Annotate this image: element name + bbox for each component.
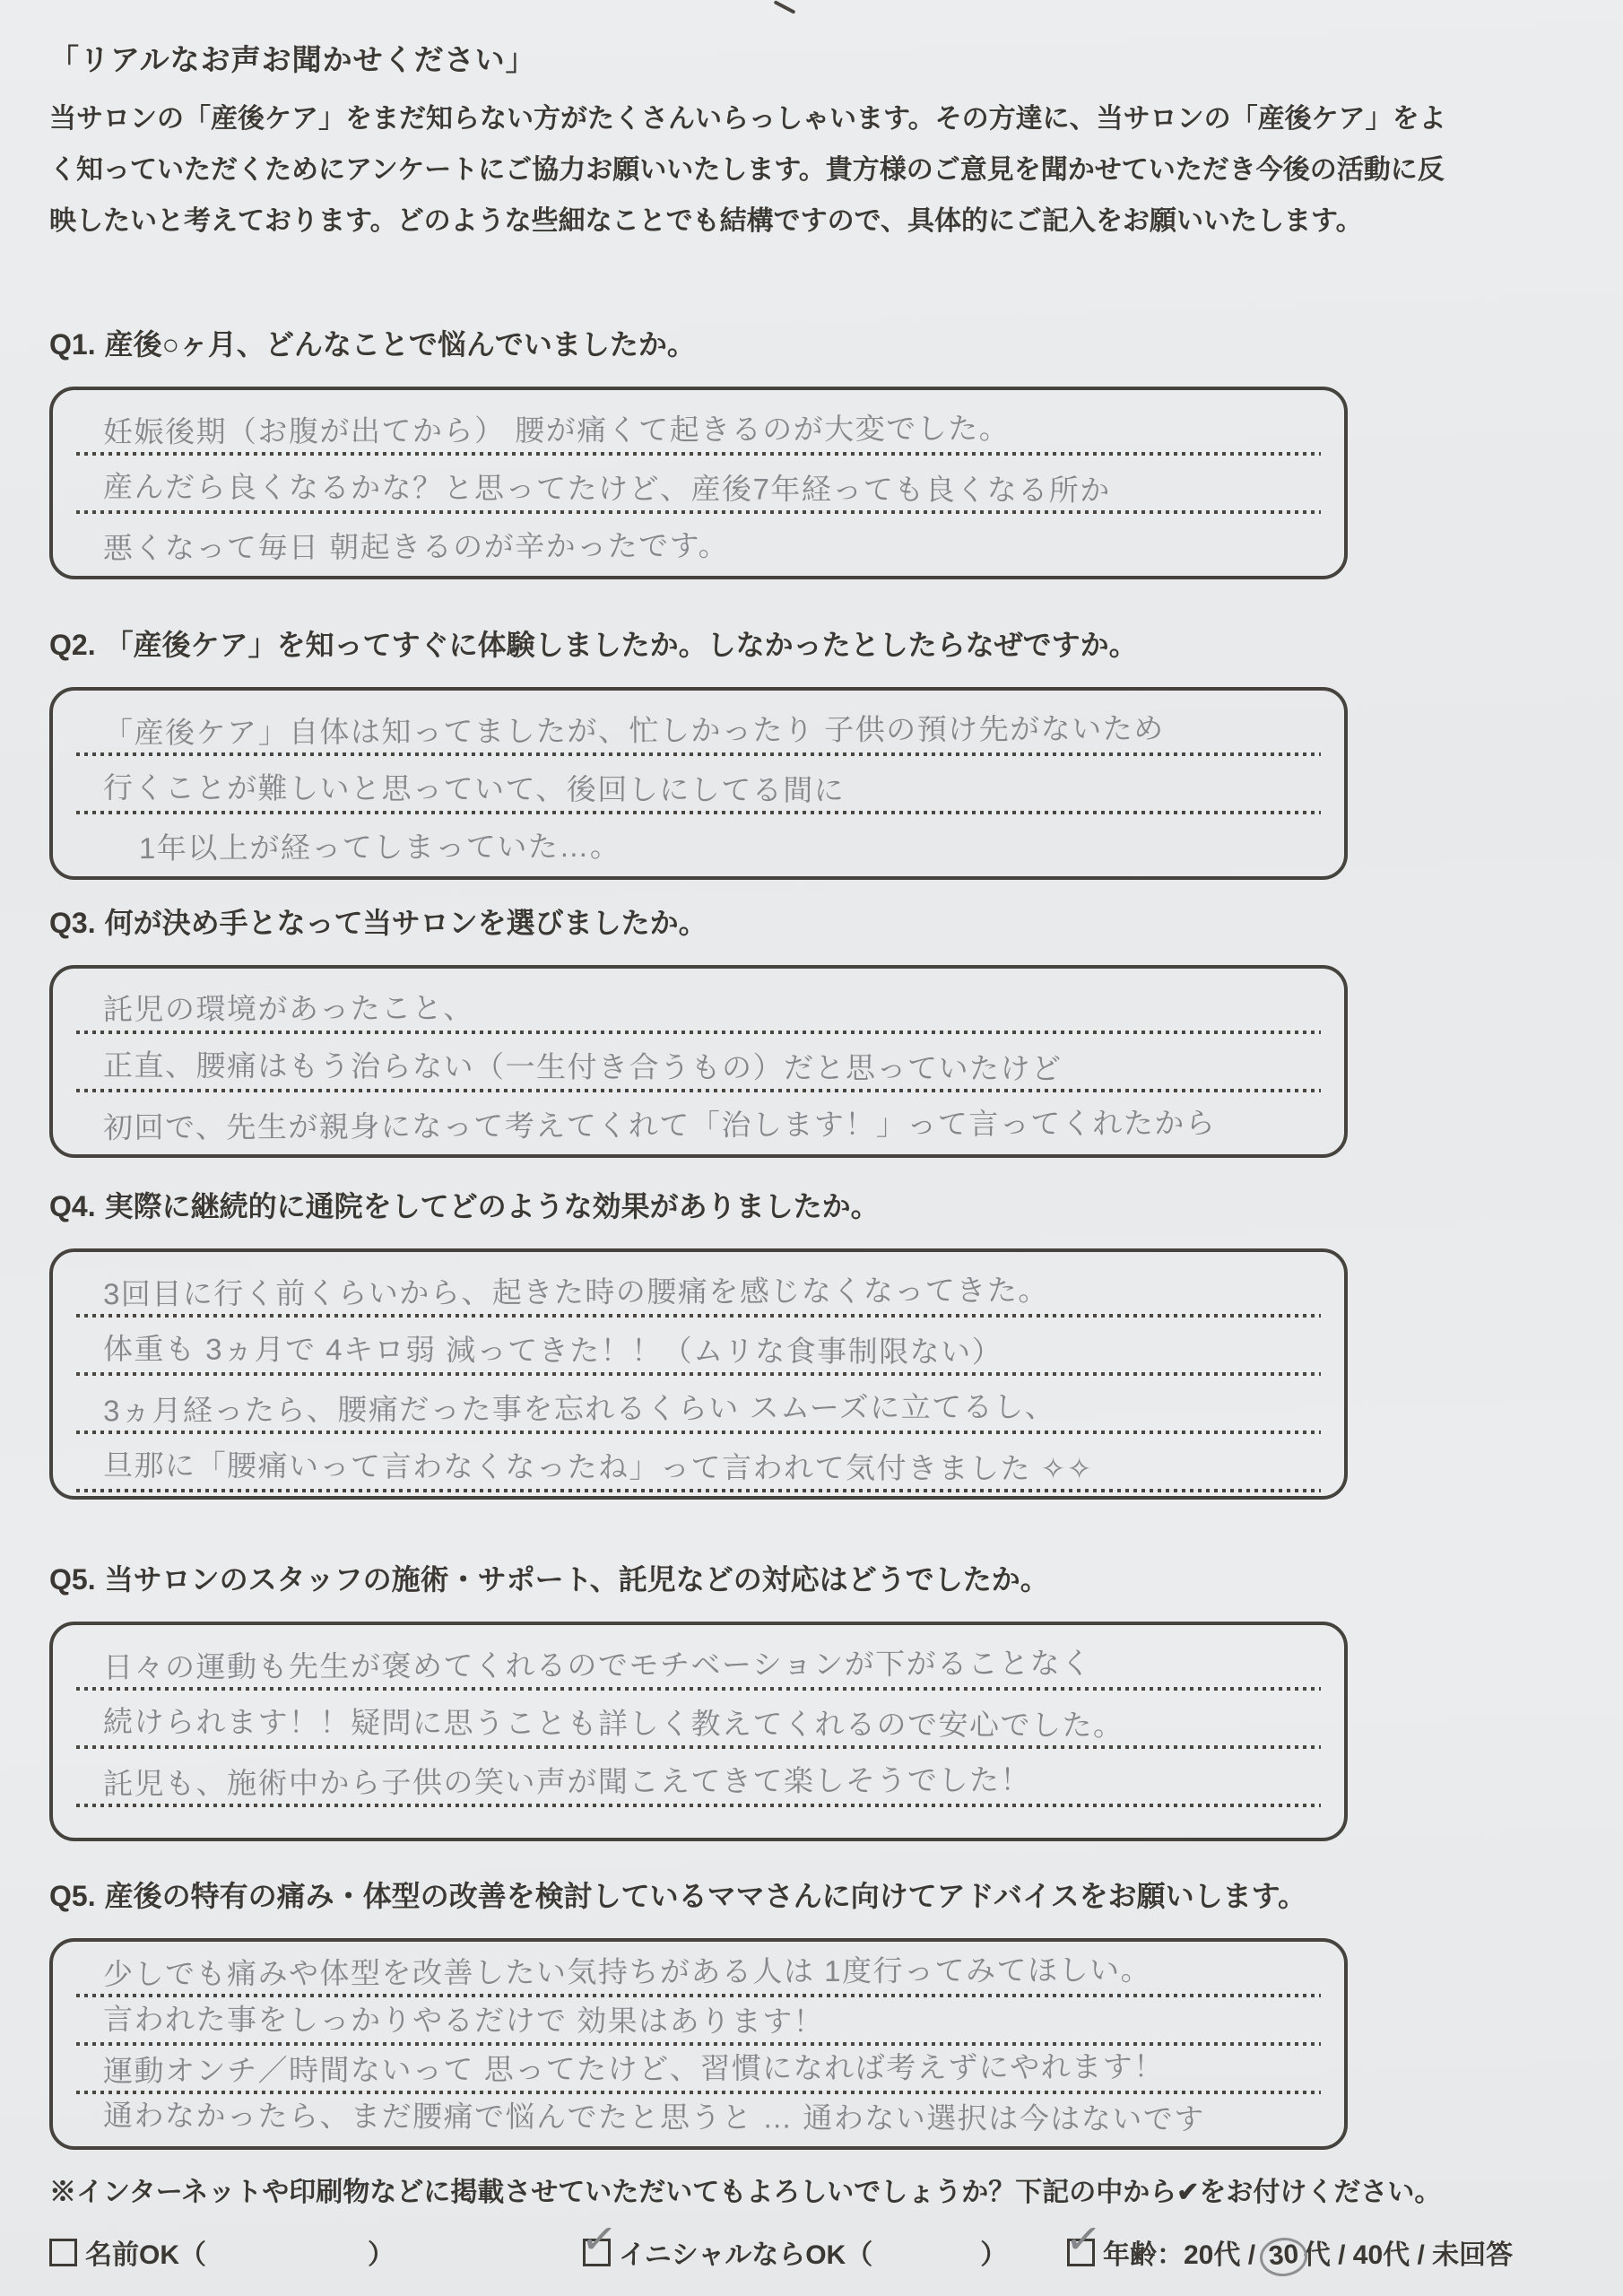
answer-line: 旦那に「腰痛いって言わなくなったね」って言われて気付きました ✧✧ xyxy=(65,1434,1332,1492)
handwritten-answer: 3回目に行く前くらいから、起きた時の腰痛を感じなくなってきた。 xyxy=(103,1267,1049,1314)
question-text: 当サロンのスタッフの施術・サポート、託児などの対応はどうでしたか。 xyxy=(105,1563,1049,1596)
answer-line: 続けられます！！疑問に思うことも詳しく教えてくれるので安心でした。 xyxy=(65,1691,1332,1749)
q6-answer-box: 少しでも痛みや体型を改善したい気持ちがある人は 1度行ってみてほしい。 言われた… xyxy=(49,1938,1348,2150)
answer-line: 少しでも痛みや体型を改善したい気持ちがある人は 1度行ってみてほしい。 xyxy=(65,1949,1332,1997)
question-text: 産後○ヶ月、どんなことで悩んでいましたか。 xyxy=(105,328,696,361)
question-number: Q2. xyxy=(49,629,96,661)
consent-age: 年齢：20代 / 30代 / 40代 / 未回答 xyxy=(1067,2232,1513,2276)
q3-answer-box: 託児の環境があったこと、 正直、腰痛はもう治らない（一生付き合うもの）だと思って… xyxy=(49,965,1348,1158)
answer-line: 運動オンチ／時間ないって 思ってたけど、習慣になれば考えずにやれます！ xyxy=(65,2046,1332,2094)
question-2-heading: Q2.「産後ケア」を知ってすぐに体験しましたか。しなかったとしたらなぜですか。 xyxy=(49,626,1574,664)
handwritten-answer: 言われた事をしっかりやるだけで 効果はあります！ xyxy=(103,1996,824,2041)
handwritten-answer: 産んだら良くなるかな？と思ってたけど、産後7年経っても良くなる所か xyxy=(103,464,1111,509)
handwritten-answer: 3ヵ月経ったら、腰痛だった事を忘れるくらい スムーズに立てるし、 xyxy=(103,1384,1055,1431)
q2-answer-box: 「産後ケア」自体は知ってましたが、忙しかったり 子供の預け先がないため 行くこと… xyxy=(49,687,1348,880)
handwritten-answer: 正直、腰痛はもう治らない（一生付き合うもの）だと思っていたけど xyxy=(103,1042,1063,1088)
initials-ok-checkbox xyxy=(583,2239,611,2266)
q5-answer-box: 日々の運動も先生が褒めてくれるのでモチベーションが下がることなく 続けられます！… xyxy=(49,1622,1348,1841)
question-number: Q1. xyxy=(49,328,96,361)
q4-answer-box: 3回目に行く前くらいから、起きた時の腰痛を感じなくなってきた。 体重も 3ヵ月で… xyxy=(49,1248,1348,1500)
handwritten-answer: 悪くなって毎日 朝起きるのが辛かったです。 xyxy=(103,522,729,567)
answer-line: 産んだら良くなるかな？と思ってたけど、産後7年経っても良くなる所か xyxy=(65,456,1332,514)
dotted-rule xyxy=(76,1804,1321,1807)
page-title: 「リアルなお声お聞かせください」 xyxy=(49,41,1574,79)
age-label-prefix: 年齢：20代 / xyxy=(1103,2240,1263,2270)
question-5-heading: Q5.当サロンのスタッフの施術・サポート、託児などの対応はどうでしたか。 xyxy=(49,1561,1574,1598)
handwritten-answer: 初回で、先生が親身になって考えてくれて「治します！」って言ってくれたから xyxy=(103,1100,1217,1146)
answer-line: 初回で、先生が親身になって考えてくれて「治します！」って言ってくれたから xyxy=(65,1092,1332,1151)
question-text: 何が決め手となって当サロンを選びましたか。 xyxy=(105,907,707,939)
intro-line: 当サロンの「産後ケア」をまだ知らない方がたくさんいらっしゃいます。その方達に、当… xyxy=(49,93,1574,144)
question-number: Q3. xyxy=(49,907,96,939)
age-checkbox xyxy=(1067,2239,1095,2266)
question-number: Q4. xyxy=(49,1190,96,1222)
handwritten-answer: 託児の環境があったこと、 xyxy=(103,985,474,1029)
q1-answer-box: 妊娠後期（お腹が出てから） 腰が痛くて起きるのが大変でした。 産んだら良くなるか… xyxy=(49,387,1348,579)
intro-line: く知っていただくためにアンケートにご協力お願いいたします。貴方様のご意見を聞かせ… xyxy=(49,144,1574,196)
pen-mark xyxy=(774,0,796,14)
answer-line: 正直、腰痛はもう治らない（一生付き合うもの）だと思っていたけど xyxy=(65,1034,1332,1092)
question-text: 実際に継続的に通院をしてどのような効果がありましたか。 xyxy=(105,1190,880,1222)
answer-line: 3回目に行く前くらいから、起きた時の腰痛を感じなくなってきた。 xyxy=(65,1259,1332,1318)
answer-line: 通わなかったら、まだ腰痛で悩んでたと思うと … 通わない選択は今はないです xyxy=(65,2094,1332,2143)
answer-line: 1年以上が経ってしまっていた…。 xyxy=(65,814,1332,873)
question-text: 「産後ケア」を知ってすぐに体験しましたか。しなかったとしたらなぜですか。 xyxy=(105,629,1138,661)
handwritten-answer: 体重も 3ヵ月で 4キロ弱 減ってきた！！（ムリな食事制限ない） xyxy=(103,1326,1002,1371)
question-3-section: Q3.何が決め手となって当サロンを選びましたか。 託児の環境があったこと、 正直… xyxy=(49,904,1574,1158)
answer-line: 悪くなって毎日 朝起きるのが辛かったです。 xyxy=(65,514,1332,572)
age-label-suffix: 代 / 40代 / 未回答 xyxy=(1304,2240,1513,2270)
question-4-section: Q4.実際に継続的に通院をしてどのような効果がありましたか。 3回目に行く前くら… xyxy=(49,1187,1574,1500)
question-6-section: Q5.産後の特有の痛み・体型の改善を検討しているママさんに向けてアドバイスをお願… xyxy=(49,1877,1574,2150)
question-4-heading: Q4.実際に継続的に通院をしてどのような効果がありましたか。 xyxy=(49,1187,1574,1225)
handwritten-answer: 託児も、施術中から子供の笑い声が聞こえてきて楽しそうでした！ xyxy=(103,1757,1031,1804)
answer-line: 託児も、施術中から子供の笑い声が聞こえてきて楽しそうでした！ xyxy=(65,1749,1332,1807)
consent-name-ok: 名前OK（ ） xyxy=(49,2232,395,2272)
handwritten-answer: 行くことが難しいと思っていて、後回しにしてる間に xyxy=(103,765,846,810)
question-6-heading: Q5.産後の特有の痛み・体型の改善を検討しているママさんに向けてアドバイスをお願… xyxy=(49,1877,1574,1915)
answer-line: 3ヵ月経ったら、腰痛だった事を忘れるくらい スムーズに立てるし、 xyxy=(65,1376,1332,1434)
answer-line: 行くことが難しいと思っていて、後回しにしてる間に xyxy=(65,756,1332,814)
answer-line: 日々の運動も先生が褒めてくれるのでモチベーションが下がることなく xyxy=(65,1632,1332,1691)
answer-line: 「産後ケア」自体は知ってましたが、忙しかったり 子供の預け先がないため xyxy=(65,698,1332,756)
handwritten-answer: 通わなかったら、まだ腰痛で悩んでたと思うと … 通わない選択は今はないです xyxy=(103,2092,1205,2138)
handwritten-answer: 運動オンチ／時間ないって 思ってたけど、習慣になれば考えずにやれます！ xyxy=(103,2043,1165,2090)
handwritten-answer: 続けられます！！疑問に思うことも詳しく教えてくれるので安心でした。 xyxy=(103,1699,1124,1744)
question-number: Q5. xyxy=(49,1880,96,1912)
name-ok-checkbox xyxy=(49,2239,77,2266)
handwritten-answer: 少しでも痛みや体型を改善したい気持ちがある人は 1度行ってみてほしい。 xyxy=(103,1946,1151,1993)
answer-line: 託児の環境があったこと、 xyxy=(65,976,1332,1034)
handwritten-answer: 旦那に「腰痛いって言わなくなったね」って言われて気付きました ✧✧ xyxy=(103,1442,1093,1488)
handwritten-answer: 妊娠後期（お腹が出てから） 腰が痛くて起きるのが大変でした。 xyxy=(103,405,1010,451)
question-text: 産後の特有の痛み・体型の改善を検討しているママさんに向けてアドバイスをお願いしま… xyxy=(105,1880,1306,1912)
intro-line: 映したいと考えております。どのような些細なことでも結構ですので、具体的にご記入を… xyxy=(49,196,1574,247)
question-1-heading: Q1.産後○ヶ月、どんなことで悩んでいましたか。 xyxy=(49,326,1574,363)
question-2-section: Q2.「産後ケア」を知ってすぐに体験しましたか。しなかったとしたらなぜですか。 … xyxy=(49,626,1574,880)
consent-options-row: 名前OK（ ） イニシャルならOK（ ） 年齢：20代 / 30代 / 40代 … xyxy=(49,2232,1574,2274)
age-circle-mark: 30 xyxy=(1259,2236,1310,2278)
answer-line: 妊娠後期（お腹が出てから） 腰が痛くて起きるのが大変でした。 xyxy=(65,397,1332,456)
question-number: Q5. xyxy=(49,1563,96,1596)
handwritten-answer: 1年以上が経ってしまっていた…。 xyxy=(139,823,621,867)
answer-line: 言われた事をしっかりやるだけで 効果はあります！ xyxy=(65,1997,1332,2046)
consent-initials-ok: イニシャルならOK（ ） xyxy=(583,2232,1007,2272)
initials-ok-label: イニシャルならOK（ ） xyxy=(619,2240,1007,2270)
handwritten-answer: 日々の運動も先生が褒めてくれるのでモチベーションが下がることなく xyxy=(103,1640,1092,1687)
dotted-rule xyxy=(76,1489,1321,1492)
question-5-section: Q5.当サロンのスタッフの施術・サポート、託児などの対応はどうでしたか。 日々の… xyxy=(49,1561,1574,1841)
handwritten-answer: 「産後ケア」自体は知ってましたが、忙しかったり 子供の預け先がないため xyxy=(103,705,1165,752)
question-1-section: Q1.産後○ヶ月、どんなことで悩んでいましたか。 妊娠後期（お腹が出てから） 腰… xyxy=(49,326,1574,579)
intro-paragraph: 当サロンの「産後ケア」をまだ知らない方がたくさんいらっしゃいます。その方達に、当… xyxy=(49,93,1574,247)
name-ok-label: 名前OK（ ） xyxy=(85,2240,395,2270)
publication-consent-note: ※インターネットや印刷物などに掲載させていただいてもよろしいでしょうか？下記の中… xyxy=(49,2170,1574,2209)
answer-line: 体重も 3ヵ月で 4キロ弱 減ってきた！！（ムリな食事制限ない） xyxy=(65,1318,1332,1376)
survey-scan-page: 「リアルなお声お聞かせください」 当サロンの「産後ケア」をまだ知らない方がたくさ… xyxy=(0,0,1623,2296)
question-3-heading: Q3.何が決め手となって当サロンを選びましたか。 xyxy=(49,904,1574,942)
